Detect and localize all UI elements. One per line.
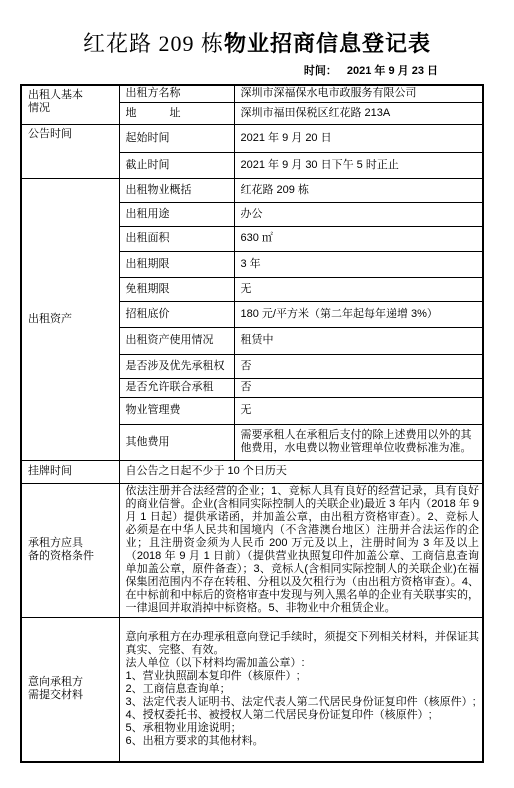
- field-label-base-price: 招租底价: [119, 301, 234, 327]
- section-rental-asset: 出租资产: [21, 178, 119, 460]
- field-value-address: 深圳市福田保税区红花路 213A: [234, 102, 483, 124]
- field-value-start-time: 2021 年 9 月 20 日: [234, 124, 483, 152]
- document-page: 红花路 209 栋物业招商信息登记表 时间：2021 年 9 月 23 日 出租…: [0, 0, 514, 788]
- section-label-line: 意向承租方: [28, 676, 116, 689]
- title-building-name: 红花路 209 栋: [83, 31, 224, 56]
- field-label-priority-lease-right: 是否涉及优先承租权: [119, 354, 234, 378]
- field-value-listing-time: 自公告之日起不少于 10 个日历天: [119, 460, 483, 483]
- field-value-deadline: 2021 年 9 月 30 日下午 5 时正止: [234, 152, 483, 178]
- section-label-line: 情况: [28, 102, 116, 115]
- materials-subheading: 法人单位（以下材料均需加盖公章）:: [126, 657, 480, 670]
- field-value-area: 630 ㎡: [234, 226, 483, 251]
- section-label-line: 备的资格条件: [28, 550, 116, 563]
- materials-item: 1、营业执照副本复印件（核原件）;: [126, 670, 480, 683]
- date-line: 时间：2021 年 9 月 23 日: [20, 62, 482, 78]
- field-label-other-fees: 其他费用: [119, 424, 234, 460]
- field-label-start-time: 起始时间: [119, 124, 234, 152]
- document-title: 红花路 209 栋物业招商信息登记表: [0, 30, 514, 58]
- field-label-lease-term: 出租期限: [119, 251, 234, 277]
- materials-content: 意向承租方在办理承租意向登记手续时，须提交下列相关材料，并保证其真实、完整、有效…: [119, 617, 483, 762]
- date-value: 2021 年 9 月 23 日: [347, 65, 438, 77]
- materials-item: 5、承租物业用途说明；: [126, 722, 480, 735]
- field-value-usage: 办公: [234, 202, 483, 226]
- title-form-name: 物业招商信息登记表: [224, 31, 431, 56]
- field-value-priority-lease-right: 否: [234, 354, 483, 378]
- section-qualification: 承租方应具 备的资格条件: [21, 483, 119, 617]
- field-value-joint-lease: 否: [234, 378, 483, 397]
- qualification-text: 依法注册并合法经营的企业；1、竞标人具有良好的经营记录，具有良好的商业信誉。企业…: [119, 483, 483, 617]
- section-label-line: 需提交材料: [28, 689, 116, 702]
- row-start-time: 公告时间 起始时间 2021 年 9 月 20 日: [21, 124, 483, 152]
- row-listing-time: 挂牌时间 自公告之日起不少于 10 个日历天: [21, 460, 483, 483]
- section-notice-time: 公告时间: [21, 124, 119, 178]
- materials-intro: 意向承租方在办理承租意向登记手续时，须提交下列相关材料，并保证其真实、完整、有效…: [126, 631, 480, 657]
- field-label-usage: 出租用途: [119, 202, 234, 226]
- field-value-other-fees: 需要承租人在承租后支付的除上述费用以外的其他费用，水电费以物业管理单位收费标准为…: [234, 424, 483, 460]
- field-label-lessor-name: 出租方名称: [119, 85, 234, 102]
- row-qualification: 承租方应具 备的资格条件 依法注册并合法经营的企业；1、竞标人具有良好的经营记录…: [21, 483, 483, 617]
- section-materials: 意向承租方 需提交材料: [21, 617, 119, 762]
- section-label-line: 出租人基本: [28, 89, 116, 102]
- materials-item: 6、出租方要求的其他材料。: [126, 735, 480, 748]
- field-value-lessor-name: 深圳市深福保水电市政服务有限公司: [234, 85, 483, 102]
- row-materials: 意向承租方 需提交材料 意向承租方在办理承租意向登记手续时，须提交下列相关材料，…: [21, 617, 483, 762]
- materials-item: 4、授权委托书、被授权人第二代居民身份证复印件（核原件）;: [126, 709, 480, 722]
- field-label-listing-time: 挂牌时间: [21, 460, 119, 483]
- field-value-rent-free-term: 无: [234, 277, 483, 301]
- field-value-property-summary: 红花路 209 栋: [234, 178, 483, 202]
- registration-table: 出租人基本 情况 出租方名称 深圳市深福保水电市政服务有限公司 地 址 深圳市福…: [20, 84, 484, 763]
- field-label-address: 地 址: [119, 102, 234, 124]
- section-label-line: 承租方应具: [28, 537, 116, 550]
- field-label-property-management-fee: 物业管理费: [119, 397, 234, 424]
- field-value-property-management-fee: 无: [234, 397, 483, 424]
- field-value-lease-term: 3 年: [234, 251, 483, 277]
- materials-item: 3、法定代表人证明书、法定代表人第二代居民身份证复印件（核原件）;: [126, 696, 480, 709]
- field-label-asset-usage-status: 出租资产使用情况: [119, 327, 234, 354]
- field-label-area: 出租面积: [119, 226, 234, 251]
- row-property-summary: 出租资产 出租物业概括 红花路 209 栋: [21, 178, 483, 202]
- field-value-asset-usage-status: 租赁中: [234, 327, 483, 354]
- row-lessor-name: 出租人基本 情况 出租方名称 深圳市深福保水电市政服务有限公司: [21, 85, 483, 102]
- date-label: 时间：: [304, 65, 337, 77]
- field-label-rent-free-term: 免租期限: [119, 277, 234, 301]
- field-value-base-price: 180 元/平方米（第二年起每年递增 3%）: [234, 301, 483, 327]
- section-lessor-basic: 出租人基本 情况: [21, 85, 119, 124]
- materials-item: 2、工商信息查询单；: [126, 683, 480, 696]
- field-label-joint-lease: 是否允许联合承租: [119, 378, 234, 397]
- field-label-deadline: 截止时间: [119, 152, 234, 178]
- field-label-property-summary: 出租物业概括: [119, 178, 234, 202]
